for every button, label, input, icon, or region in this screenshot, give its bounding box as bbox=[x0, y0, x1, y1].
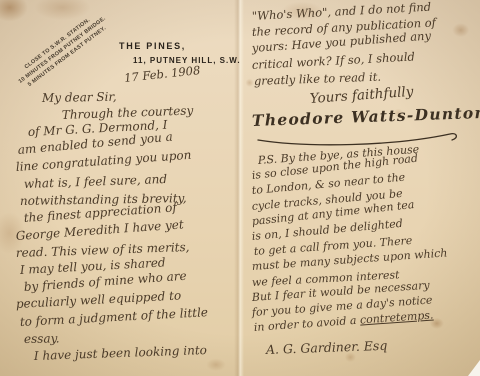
addressee-line: A. G. Gardiner. Esq bbox=[266, 335, 476, 357]
signature: Theodore Watts-Dunton bbox=[252, 103, 480, 130]
underlined-word: contretemps. bbox=[360, 309, 434, 327]
paper-corner-edge bbox=[468, 360, 480, 376]
letter-photograph: CLOSE TO S.W.R. STATION. 10 MINUTES FROM… bbox=[0, 0, 480, 376]
letterhead-name: THE PINES, bbox=[119, 41, 186, 51]
postscript: P.S. By the bye, as this house is so clo… bbox=[252, 153, 476, 335]
right-page-body: "Who's Who", and I do not find the recor… bbox=[252, 8, 476, 357]
right-page-paragraph: "Who's Who", and I do not find the recor… bbox=[252, 8, 476, 89]
left-page-body: My dear Sir, Through the courtesy of Mr … bbox=[16, 90, 238, 365]
